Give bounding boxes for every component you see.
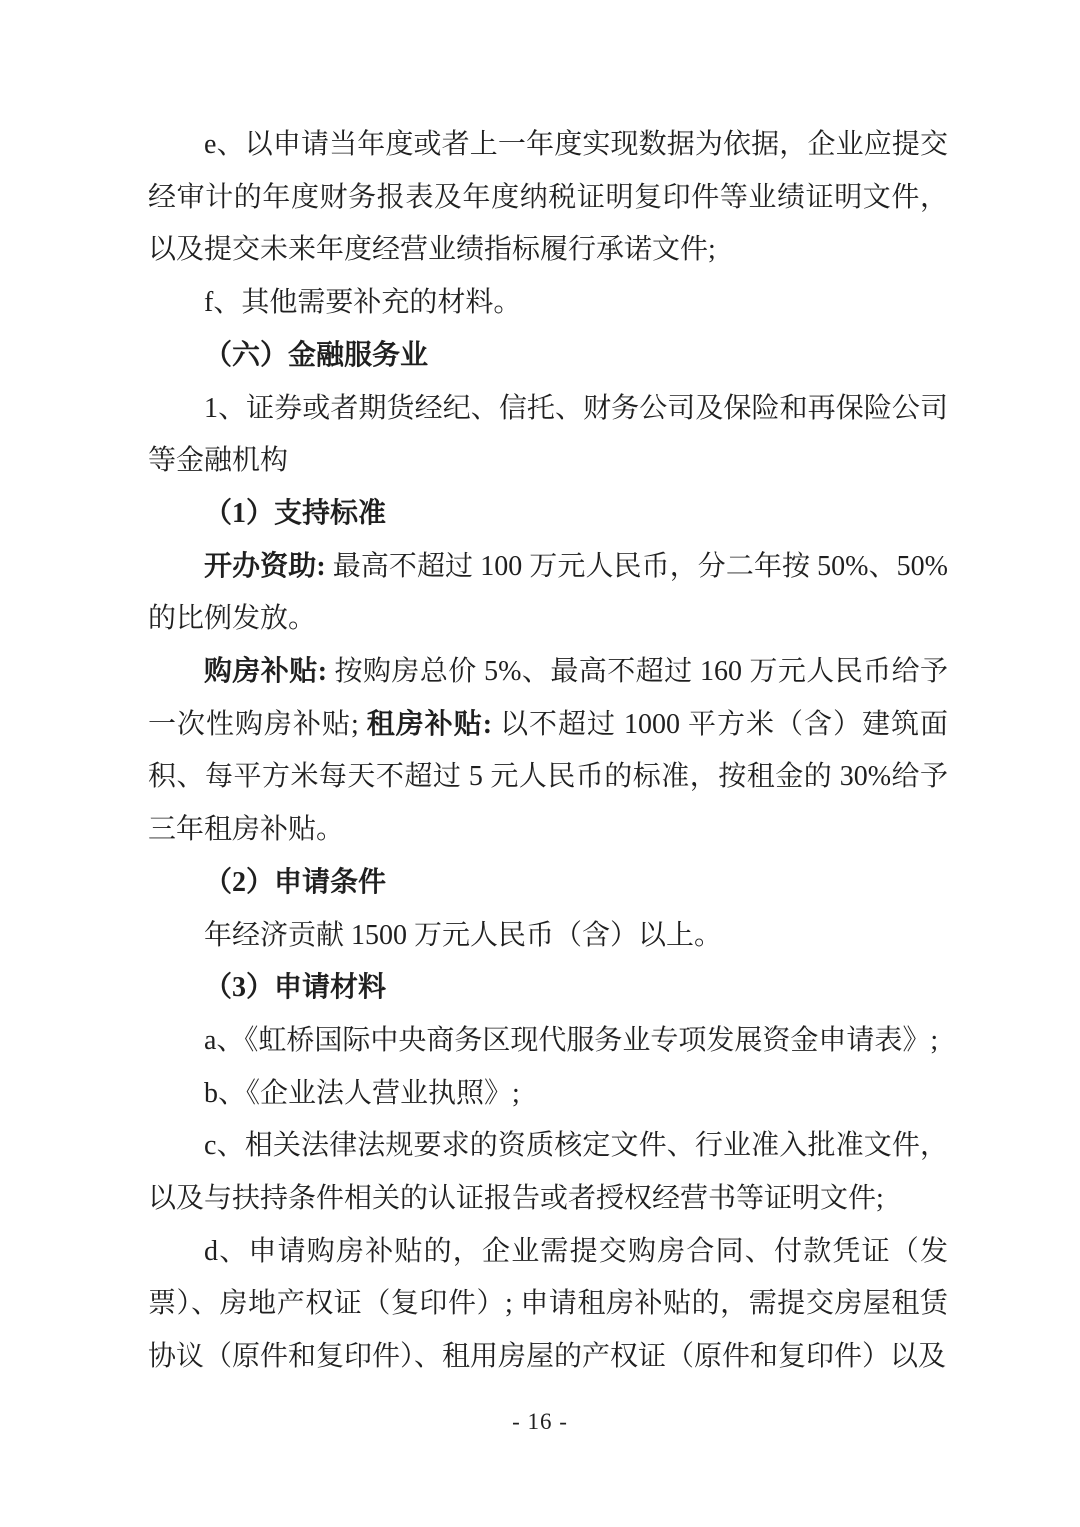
- text-run: 年经济贡献 1500 万元人民币（含）以上。: [204, 920, 722, 951]
- page-number: - 16 -: [512, 1409, 568, 1434]
- document-page: e、以申请当年度或者上一年度实现数据为依据，企业应提交经审计的年度财务报表及年度…: [0, 0, 1080, 1527]
- paragraph: （六）金融服务业: [148, 330, 948, 383]
- paragraph: 购房补贴: 按购房总价 5%、最高不超过 160 万元人民币给予一次性购房补贴;…: [148, 646, 948, 857]
- text-run: f、其他需要补充的材料。: [204, 287, 521, 318]
- text-run: a、《虹桥国际中央商务区现代服务业专项发展资金申请表》;: [204, 1025, 938, 1056]
- bold-text-run: （1）支持标准: [204, 498, 386, 529]
- paragraph: e、以申请当年度或者上一年度实现数据为依据，企业应提交经审计的年度财务报表及年度…: [148, 119, 948, 277]
- paragraph: 开办资助: 最高不超过 100 万元人民币，分二年按 50%、50%的比例发放。: [148, 541, 948, 646]
- paragraph: （2）申请条件: [148, 857, 948, 910]
- paragraph: （1）支持标准: [148, 488, 948, 541]
- bold-text-run: （3）申请材料: [204, 972, 386, 1003]
- paragraph: a、《虹桥国际中央商务区现代服务业专项发展资金申请表》;: [148, 1015, 948, 1068]
- bold-text-run: 购房补贴:: [204, 656, 335, 687]
- paragraph: b、《企业法人营业执照》;: [148, 1068, 948, 1121]
- document-body: e、以申请当年度或者上一年度实现数据为依据，企业应提交经审计的年度财务报表及年度…: [148, 119, 948, 1384]
- bold-text-run: 开办资助:: [204, 551, 333, 582]
- text-run: d、申请购房补贴的，企业需提交购房合同、付款凭证（发票）、房地产权证（复印件）;…: [148, 1236, 948, 1372]
- bold-text-run: 租房补贴:: [367, 709, 500, 740]
- paragraph: c、相关法律法规要求的资质核定文件、行业准入批准文件，以及与扶持条件相关的认证报…: [148, 1120, 948, 1225]
- page-footer: - 16 -: [0, 1407, 1080, 1437]
- text-run: c、相关法律法规要求的资质核定文件、行业准入批准文件，以及与扶持条件相关的认证报…: [148, 1130, 948, 1214]
- paragraph: f、其他需要补充的材料。: [148, 277, 948, 330]
- text-run: 1、证券或者期货经纪、信托、财务公司及保险和再保险公司等金融机构: [148, 393, 948, 477]
- paragraph: 年经济贡献 1500 万元人民币（含）以上。: [148, 910, 948, 963]
- bold-text-run: （2）申请条件: [204, 867, 386, 898]
- paragraph: d、申请购房补贴的，企业需提交购房合同、付款凭证（发票）、房地产权证（复印件）;…: [148, 1226, 948, 1384]
- paragraph: 1、证券或者期货经纪、信托、财务公司及保险和再保险公司等金融机构: [148, 383, 948, 488]
- text-run: b、《企业法人营业执照》;: [204, 1078, 520, 1109]
- bold-text-run: （六）金融服务业: [204, 340, 428, 371]
- paragraph: （3）申请材料: [148, 962, 948, 1015]
- text-run: e、以申请当年度或者上一年度实现数据为依据，企业应提交经审计的年度财务报表及年度…: [148, 129, 948, 265]
